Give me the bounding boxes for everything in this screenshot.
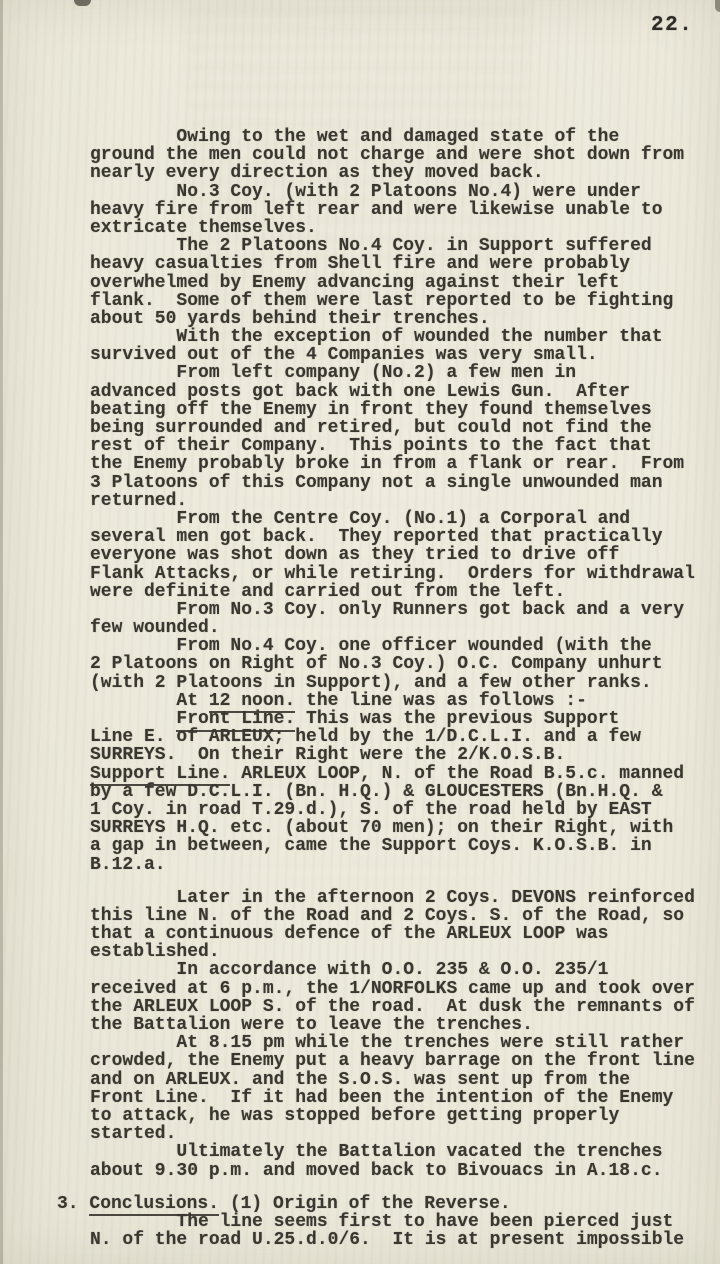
page-edge-shadow bbox=[0, 0, 3, 1264]
text-line: extricate themselves. bbox=[90, 219, 715, 237]
paragraph: From the Centre Coy. (No.1) a Corporal a… bbox=[90, 510, 715, 601]
text-line: being surrounded and retired, but could … bbox=[90, 419, 715, 437]
text-line: several men got back. They reported that… bbox=[90, 528, 715, 546]
paragraph: At 8.15 pm while the trenches were still… bbox=[90, 1034, 715, 1143]
paragraph: In accordance with O.O. 235 & O.O. 235/1… bbox=[90, 961, 715, 1034]
text-line: Line E. of ARLEUX; held by the 1/D.C.L.I… bbox=[90, 728, 715, 746]
text-line: advanced posts got back with one Lewis G… bbox=[90, 383, 715, 401]
paragraph: From No.4 Coy. one officer wounded (with… bbox=[90, 637, 715, 692]
text-line: At 12 noon. the line was as follows :- bbox=[90, 692, 715, 710]
text-line: beating off the Enemy in front they foun… bbox=[90, 401, 715, 419]
text-line: Ultimately the Battalion vacated the tre… bbox=[90, 1143, 715, 1161]
text-line: everyone was shot down as they tried to … bbox=[90, 546, 715, 564]
paragraph: The line seems first to have been pierce… bbox=[90, 1213, 715, 1249]
text-line: 2 Platoons on Right of No.3 Coy.) O.C. C… bbox=[90, 655, 715, 673]
text-line: Front Line. If it had been the intention… bbox=[90, 1089, 715, 1107]
document-body: Owing to the wet and damaged state of th… bbox=[90, 128, 715, 1249]
paragraph: At 12 noon. the line was as follows :- bbox=[90, 692, 715, 710]
paragraph: The 2 Platoons No.4 Coy. in Support suff… bbox=[90, 237, 715, 328]
text-line: about 50 yards behind their trenches. bbox=[90, 310, 715, 328]
text-line: few wounded. bbox=[90, 619, 715, 637]
text-line: From No.4 Coy. one officer wounded (with… bbox=[90, 637, 715, 655]
text-line: (with 2 Platoons in Support), and a few … bbox=[90, 674, 715, 692]
paragraph: From left company (No.2) a few men inadv… bbox=[90, 364, 715, 510]
text-line: Owing to the wet and damaged state of th… bbox=[90, 128, 715, 146]
text-line: heavy casualties from Shell fire and wer… bbox=[90, 255, 715, 273]
text-line: survived out of the 4 Companies was very… bbox=[90, 346, 715, 364]
text-line: Front Line. This was the previous Suppor… bbox=[90, 710, 715, 728]
text-line: heavy fire from left rear and were likew… bbox=[90, 201, 715, 219]
text-line: 1 Coy. in road T.29.d.), S. of the road … bbox=[90, 801, 715, 819]
paragraph: No.3 Coy. (with 2 Platoons No.4) were un… bbox=[90, 183, 715, 238]
text-line: nearly every direction as they moved bac… bbox=[90, 164, 715, 182]
scanned-document-page: 22. Owing to the wet and damaged state o… bbox=[0, 0, 720, 1264]
text-line: the ARLEUX LOOP S. of the road. At dusk … bbox=[90, 998, 715, 1016]
text-line: returned. bbox=[90, 492, 715, 510]
text-line: From No.3 Coy. only Runners got back and… bbox=[90, 601, 715, 619]
text-line: 3 Platoons of this Company not a single … bbox=[90, 474, 715, 492]
text-line: rest of their Company. This points to th… bbox=[90, 437, 715, 455]
paragraph: Later in the afternoon 2 Coys. DEVONS re… bbox=[90, 889, 715, 962]
text-line: At 8.15 pm while the trenches were still… bbox=[90, 1034, 715, 1052]
text-line: about 9.30 p.m. and moved back to Bivoua… bbox=[90, 1162, 715, 1180]
text-line: With the exception of wounded the number… bbox=[90, 328, 715, 346]
text-line: flank. Some of them were last reported t… bbox=[90, 292, 715, 310]
text-line: SURREYS H.Q. etc. (about 70 men); on the… bbox=[90, 819, 715, 837]
text-line: by a few D.C.L.I. (Bn. H.Q.) & GLOUCESTE… bbox=[90, 783, 715, 801]
text-line: that a continuous defence of the ARLEUX … bbox=[90, 925, 715, 943]
text-line: No.3 Coy. (with 2 Platoons No.4) were un… bbox=[90, 183, 715, 201]
scan-artifact-top-left bbox=[74, 0, 91, 6]
paragraph: Owing to the wet and damaged state of th… bbox=[90, 128, 715, 183]
text-line: overwhelmed by Enemy advancing against t… bbox=[90, 274, 715, 292]
paragraph: From No.3 Coy. only Runners got back and… bbox=[90, 601, 715, 637]
text-line: Flank Attacks, or while retiring. Orders… bbox=[90, 565, 715, 583]
scan-artifact-top-right bbox=[715, 0, 720, 12]
text-line: were definite and carried out from the l… bbox=[90, 583, 715, 601]
page-number: 22. bbox=[651, 14, 693, 37]
paragraph: 3. Conclusions. (1) Origin of the Revers… bbox=[57, 1195, 715, 1213]
text-line: the Battalion were to leave the trenches… bbox=[90, 1016, 715, 1034]
text-line: this line N. of the Road and 2 Coys. S. … bbox=[90, 907, 715, 925]
text-line: a gap in between, came the Support Coys.… bbox=[90, 837, 715, 855]
text-line: N. of the road U.25.d.0/6. It is at pres… bbox=[90, 1231, 715, 1249]
text-line: established. bbox=[90, 943, 715, 961]
text-line: The line seems first to have been pierce… bbox=[90, 1213, 715, 1231]
text-line: Support Line. ARLEUX LOOP, N. of the Roa… bbox=[90, 765, 715, 783]
text-line: In accordance with O.O. 235 & O.O. 235/1 bbox=[90, 961, 715, 979]
paragraph: Support Line. ARLEUX LOOP, N. of the Roa… bbox=[90, 765, 715, 874]
text-line: to attack, he was stopped before getting… bbox=[90, 1107, 715, 1125]
paragraph: Front Line. This was the previous Suppor… bbox=[90, 710, 715, 765]
text-line: Later in the afternoon 2 Coys. DEVONS re… bbox=[90, 889, 715, 907]
text-line: From the Centre Coy. (No.1) a Corporal a… bbox=[90, 510, 715, 528]
paragraph: With the exception of wounded the number… bbox=[90, 328, 715, 364]
text-line: From left company (No.2) a few men in bbox=[90, 364, 715, 382]
text-line: crowded, the Enemy put a heavy barrage o… bbox=[90, 1052, 715, 1070]
text-line: received at 6 p.m., the 1/NORFOLKS came … bbox=[90, 980, 715, 998]
text-line: The 2 Platoons No.4 Coy. in Support suff… bbox=[90, 237, 715, 255]
paragraph: Ultimately the Battalion vacated the tre… bbox=[90, 1143, 715, 1179]
text-line: ground the men could not charge and were… bbox=[90, 146, 715, 164]
text-line: SURREYS. On their Right were the 2/K.O.S… bbox=[90, 746, 715, 764]
text-line: started. bbox=[90, 1125, 715, 1143]
text-line: the Enemy probably broke in from a flank… bbox=[90, 455, 715, 473]
text-line: B.12.a. bbox=[90, 856, 715, 874]
text-line: 3. Conclusions. (1) Origin of the Revers… bbox=[57, 1195, 715, 1213]
text-line: and on ARLEUX. and the S.O.S. was sent u… bbox=[90, 1071, 715, 1089]
